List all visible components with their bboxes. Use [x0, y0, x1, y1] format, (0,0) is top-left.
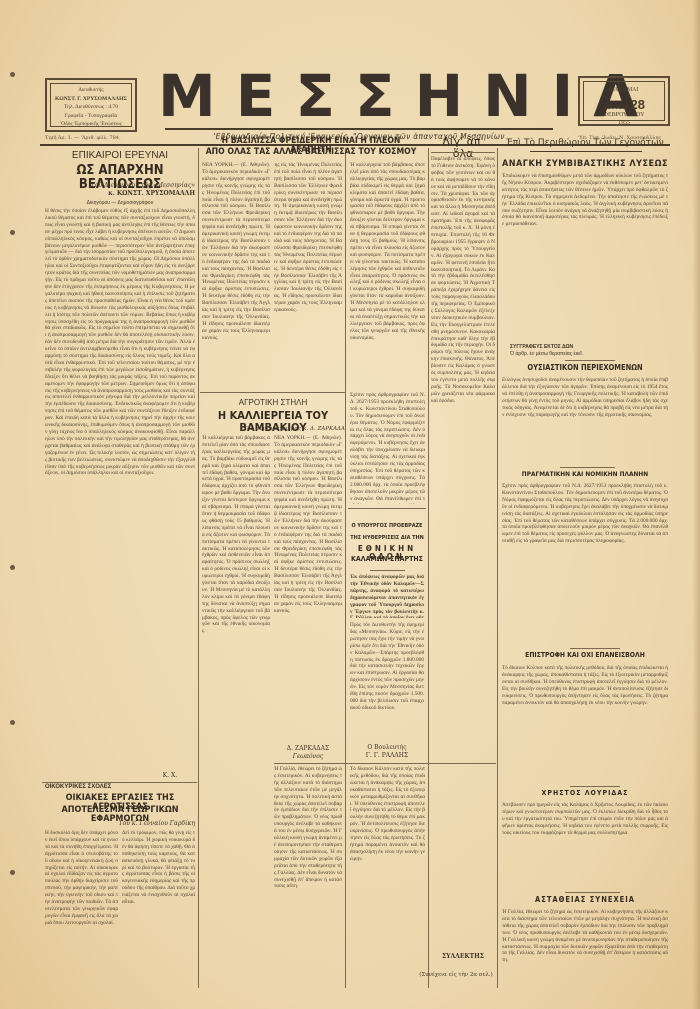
binding-hole	[10, 230, 15, 235]
binding-hole	[10, 72, 15, 77]
article-headline: ΧΡΗΣΤΟΣ ΛΟΥΡΙΔΑΣ	[500, 790, 670, 797]
article-body: Ἡ Γαλλία, ἐθεώρει τὸ ζήτημα ὡς ἐσωτερικό…	[274, 766, 342, 986]
section-rule	[42, 782, 197, 783]
publisher-line: Διευθυντής	[54, 86, 128, 95]
weekday: ΔΕΥΤΕΡΑ	[603, 105, 629, 111]
article-signoff: Δ. ΖΑΡΚΑΔΑΣ	[274, 745, 342, 752]
masthead-date-box: ΚΑΛΑΜΑΙ ΔΕΥΤΕΡΑ 28 ΦΕΒΡΟΥΑΡΙΟΥ 1955	[578, 76, 670, 126]
article-headline: ΚΑΛΑΜΩΝ-ΣΠΑΡΤΗΣ	[348, 556, 426, 563]
binding-hole	[10, 720, 15, 725]
section-rule	[348, 508, 426, 509]
column-body: Παρέλαβεν αἱ ἀπόψεις, ὅπως τὸ Γύθειον ἀν…	[431, 156, 495, 971]
article-byline: Τοῦ κ. Γενναίου Γαρδίκη	[60, 820, 195, 827]
article-note: ΣΥΓΓΡΑΦΕΥΣ ΕΚΤΟΣ ΔΩΝ	[510, 344, 610, 350]
column-rule	[497, 148, 498, 988]
short-rule	[565, 892, 620, 893]
article-body: Η δυσκολία ὅρη δὲν ὑπάρχει μόνον ἐκεῖ ὅπ…	[45, 830, 118, 990]
article-body: Πρὸς τὸν Διευθυντὴν τῆς ἐφημερίδος «Μεσσ…	[350, 622, 424, 747]
article-byline: Τοῦ συνεργάτου μας κ. Δ. ΖΑΡΚΑΔΑ	[200, 426, 345, 432]
publisher-line: Τηλ. Διευθύνσεως : 4.70	[54, 103, 128, 112]
column-rule	[428, 148, 429, 988]
article-headline: ΕΠΙΣΤΡΟΦΗ ΚΑΙ ΟΧΙ ΕΠΑΝΕΙΣΒΟΛΗ	[500, 652, 670, 659]
short-rule	[570, 648, 620, 649]
city-label: ΚΑΛΑΜΑΙ	[587, 87, 661, 93]
article-body: Τὸ δίκαιον Κόλπον κατὰ τῆς πολιτικῆς μεθ…	[502, 665, 668, 783]
article-byline: Τοῦ Διευθυντοῦ τῆς «Μεσσηνίας»	[60, 182, 195, 189]
column-signoff: ΣΥΛΛΕΚΤΗΣ	[431, 953, 495, 960]
short-rule	[560, 467, 615, 468]
article-signoff: Γ. Γ. ΡΑΛΛΗΣ	[350, 752, 424, 759]
column-rule	[345, 148, 346, 988]
article-headline: ΠΡΑΓΜΑΤΙΚΗΝ ΚΑΙ ΝΟΜΙΚΗΝ ΠΛΑΝΗΝ	[500, 471, 670, 478]
newspaper-page: Διευθυντής ΚΩΝΣΤ. Γ. ΧΡΥΣΟΜΑΛΛΗΣ Τηλ. Δι…	[0, 0, 700, 1009]
article-body-continued: ΝΕΑ ΥΟΡΚΗ.— (Ε. Ἀθηνῶν). Τὸ ἀμερικανικὸν…	[274, 162, 342, 390]
price-line: Τιμὴ ἀρ. 1. — 'Αριθ. φύλ. 784	[45, 135, 119, 141]
article-body: ΝΕΑ ΥΟΡΚΗ.— (Ε. Ἀθηνῶν). Τὸ ἀμερικανικὸν…	[202, 162, 270, 390]
binding-hole	[10, 870, 15, 875]
publisher-line: Γραφεῖα - Τυπογραφεῖα	[54, 112, 128, 121]
short-rule	[370, 570, 405, 571]
article-kicker: ΕΠΙΚΑΙΡΟΙ ΕΡΕΥΝΑΙ	[45, 150, 195, 161]
section-kicker: ΟΙΚΟΚΥΡΙΚΕΣ ΣΧΟΛΕΣ	[45, 784, 145, 790]
article-author: κ. ΚΩΝΣΤ. ΧΡΥΣΟΜΑΛΛΗ	[60, 190, 195, 197]
newspaper-title: ΜΕΣΣΗΝΙΑ	[158, 66, 558, 126]
article-note: Ὁ ἀρθρ. ἐν μέσω θεραπείας ἐκεῖ.	[510, 351, 670, 357]
month: ΦΕΒΡΟΥΑΡΙΟΥ	[604, 112, 645, 118]
section-rule	[200, 392, 346, 393]
article-body: Τὸ δίκαιον Κόλπον κατὰ τῆς πολιτικῆς μεθ…	[350, 766, 425, 986]
publisher-line: 'Οδὸς 'Εμπορικῆς 'Ενώσεως	[54, 120, 128, 129]
article-headline: Ο ΥΠΟΥΡΓΟΣ ΠΡΟΕΒΡΑΖΕ	[348, 524, 426, 530]
column-rule	[198, 148, 199, 988]
article-signoff: Ο Βουλευτής	[350, 744, 424, 751]
author-title: Δικηγόρου — Δημοσιογράφου	[45, 200, 195, 206]
article-body: Ἐπιδιώκομεν νὰ ἐπισημανθῶμεν μετὰ τῶν ἁρ…	[502, 173, 668, 341]
article-body: Ἀπεβίωσεν πρὸ ἡμερῶν εἰς τὰς Καλάμας ὁ Χ…	[502, 802, 668, 890]
article-headline: ΟΥΣΙΑΣΤΙΚΟΝ ΠΕΡΙΕΧΟΜΕΝΩΝ	[500, 364, 670, 372]
article-headline: ΑΠΟ ΟΛΑΣ ΤΑΣ ΑΛΛΑΣ ΒΑΣΙΛΙΣΣΑΣ ΤΟΥ ΚΟΣΜΟΥ	[202, 148, 420, 157]
article-body-continued: ΝΕΑ ΥΟΡΚΗ.— (Ε. Ἀθηνῶν). Τὸ ἀμερικανικὸν…	[274, 435, 342, 745]
article-signoff-title: Γεωπόνος	[274, 753, 342, 760]
kicker-underline	[530, 151, 642, 152]
tagline-rule	[165, 128, 553, 130]
continued-notice: (Συνέχεια εἰς τὴν 2α σελ.)	[415, 972, 497, 978]
article-body: Εὐλόγως ἀνησυχοῦσι ἀναμένουσιν τὴν θεραπ…	[502, 377, 668, 462]
section-kicker: Ἐπὶ Τὸ Περιθώριον Τῶν Γεγονότων	[500, 138, 670, 148]
article-lead: Ἐκ ἀπόψεως ἀναφορῶν μας διὰ τὴν Ἐθνικὴν …	[350, 574, 424, 618]
issue-date: ΔΕΥΤΕΡΑ 28 ΦΕΒΡΟΥΑΡΙΟΥ	[587, 97, 661, 118]
article-body: Σχέσιν πρὸς ἀρθρογραφίαν τοῦ Ν.Δ. 2627/1…	[502, 483, 668, 643]
binding-hole	[10, 565, 15, 570]
article-body: Η θέσις τὴν ὁποίαν ἐλάβομεν εὐθὺς ἐξ ἀρχ…	[45, 208, 195, 718]
section-kicker: ΑΓΡΟΤΙΚΗ ΣΤΗΛΗ	[200, 398, 346, 407]
section-rule	[431, 152, 495, 153]
article-body-continued: Ἡ καλλιέργεια τοῦ βάμβακος ἀποτελεῖ μίαν…	[350, 162, 425, 390]
article-headline: ΑΣΤΑΘΕΙΑΣ ΣΥΝΕΧΕΙΑ	[500, 896, 670, 904]
short-rule	[565, 360, 615, 361]
page-edge-shadow	[692, 0, 700, 1009]
article-body: Σχέσιν πρὸς ἀρθρογραφίαν τοῦ Ν.Δ. 2627/1…	[350, 392, 425, 504]
year: 1955	[587, 120, 661, 126]
article-body: Ἡ Γαλλία, ἐθεώρει τὸ ζήτημα ὡς ἐσωτερικό…	[502, 909, 668, 987]
article-signoff: Κ. Χ.	[150, 772, 190, 779]
short-rule	[570, 786, 620, 787]
masthead-publisher-box: Διευθυντής ΚΩΝΣΤ. Γ. ΧΡΥΣΟΜΑΛΛΗΣ Τηλ. Δι…	[45, 78, 137, 132]
article-body: Ἡ καλλιέργεια τοῦ βάμβακος ἀποτελεῖ μίαν…	[202, 435, 270, 985]
article-headline: ΑΝΑΓΚΗ ΣΥΜΒΙΒΑΣΤΙΚΗΣ ΛΥΣΕΩΣ	[500, 160, 670, 169]
article-body: Δεῖ τὸ τρόφιμον, πῶς θὰ γίνῃ εἰς τὸ κελλ…	[122, 830, 195, 990]
article-headline: ΤΗΣ ΗΥΘΕΡΡΙΣΕΙΣ ΔΙΑ ΤΗΝ	[348, 536, 426, 542]
publisher-line: ΚΩΝΣΤ. Γ. ΧΡΥΣΟΜΑΛΛΗΣ	[54, 95, 128, 104]
day-number: 28	[631, 97, 645, 112]
